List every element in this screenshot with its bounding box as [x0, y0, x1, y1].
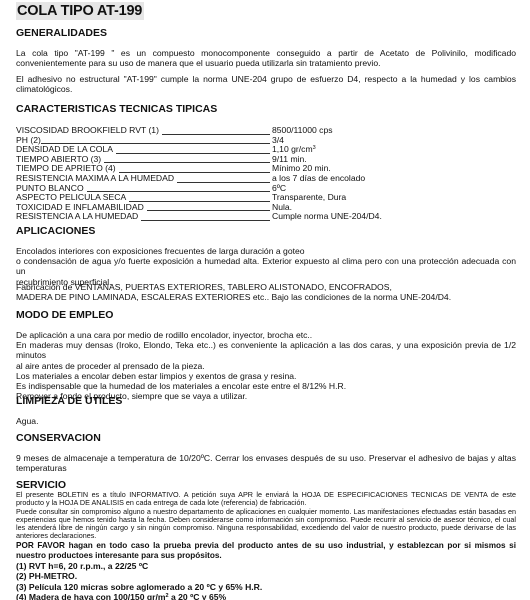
spec-leader-line [141, 212, 270, 221]
modo-empleo-line: Es indispensable que la humedad de los m… [16, 381, 516, 391]
generalidades-paragraph-1: La cola tipo "AT-199 " es un compuesto m… [16, 48, 516, 68]
spec-leader-line [104, 154, 270, 163]
aplicaciones-line: o condensación de agua y/o fuerte exposi… [16, 256, 516, 276]
generalidades-paragraph-2: El adhesivo no estructural "AT-199" cump… [16, 74, 516, 94]
spec-leader-line [116, 145, 270, 154]
footnote: (3) Película 120 micras sobre aglomerado… [16, 582, 262, 592]
heading-limpieza: LIMPIEZA DE UTILES [16, 395, 122, 408]
spec-row: VISCOSIDAD BROOKFIELD RVT (1)8500/11000 … [16, 126, 516, 136]
limpieza-text: Agua. [16, 416, 516, 426]
spec-leader-line [119, 164, 270, 173]
servicio-warning: POR FAVOR hagan en todo caso la prueba p… [16, 541, 516, 560]
heading-aplicaciones: APLICACIONES [16, 225, 95, 238]
spec-row: RESISTENCIA A LA HUMEDADCumple norma UNE… [16, 212, 516, 222]
spec-leader-line [147, 202, 270, 211]
spec-leader-line [41, 135, 270, 144]
modo-empleo-line: En maderas muy densas (Iroko, Elondo, Te… [16, 340, 516, 360]
footnote: (1) RVT h=6, 20 r.p.m., a 22/25 ºC [16, 561, 262, 571]
spec-leader-line [87, 183, 270, 192]
conservacion-paragraph: 9 meses de almacenaje a temperatura de 1… [16, 453, 516, 473]
spec-row: PH (2)3/4 [16, 136, 516, 146]
conservacion-line: 9 meses de almacenaje a temperatura de 1… [16, 453, 516, 463]
footnotes: (1) RVT h=6, 20 r.p.m., a 22/25 ºC(2) PH… [16, 561, 262, 600]
modo-empleo-line: al aire antes de proceder al prensado de… [16, 361, 516, 371]
aplicaciones-line: Encolados interiores con exposiciones fr… [16, 246, 516, 256]
spec-row: RESISTENCIA MAXIMA A LA HUMEDADa los 7 d… [16, 174, 516, 184]
heading-caracteristicas: CARACTERISTICAS TECNICAS TIPICAS [16, 103, 217, 116]
modo-empleo-line: De aplicación a una cara por medio de ro… [16, 330, 516, 340]
specs-table: VISCOSIDAD BROOKFIELD RVT (1)8500/11000 … [16, 126, 516, 222]
aplicaciones-paragraph-1: Encolados interiores con exposiciones fr… [16, 246, 516, 287]
spec-leader-line [129, 193, 270, 202]
servicio-paragraph: El presente BOLETIN es a título INFORMAT… [16, 491, 516, 541]
document-title: COLA TIPO AT-199 [16, 2, 144, 20]
servicio-line: anteriores declaraciones. [16, 532, 516, 540]
spec-value: Cumple norma UNE-204/D4. [272, 212, 382, 222]
heading-conservacion: CONSERVACION [16, 432, 101, 445]
heading-generalidades: GENERALIDADES [16, 27, 107, 40]
aplicaciones-paragraph-2: Fabricación de VENTANAS, PUERTAS EXTERIO… [16, 282, 516, 302]
footnote: (2) PH-METRO. [16, 571, 262, 581]
conservacion-line: temperaturas [16, 463, 516, 473]
aplicaciones-line: MADERA DE PINO LAMINADA, ESCALERAS EXTER… [16, 292, 516, 302]
spec-label: RESISTENCIA A LA HUMEDAD [16, 212, 138, 222]
warning-line: es interesante para sus propósitos. [84, 551, 222, 560]
spec-leader-line [162, 126, 270, 135]
footnote: (4) Madera de haya con 100/150 gr/m2 a 2… [16, 592, 262, 600]
modo-empleo-line: Los materiales a encolar deben estar lim… [16, 371, 516, 381]
spec-leader-line [177, 174, 270, 183]
spec-row: PUNTO BLANCO6ºC [16, 184, 516, 194]
modo-empleo-paragraph: De aplicación a una cara por medio de ro… [16, 330, 516, 401]
aplicaciones-line: Fabricación de VENTANAS, PUERTAS EXTERIO… [16, 282, 516, 292]
heading-modo-empleo: MODO DE EMPLEO [16, 309, 113, 322]
